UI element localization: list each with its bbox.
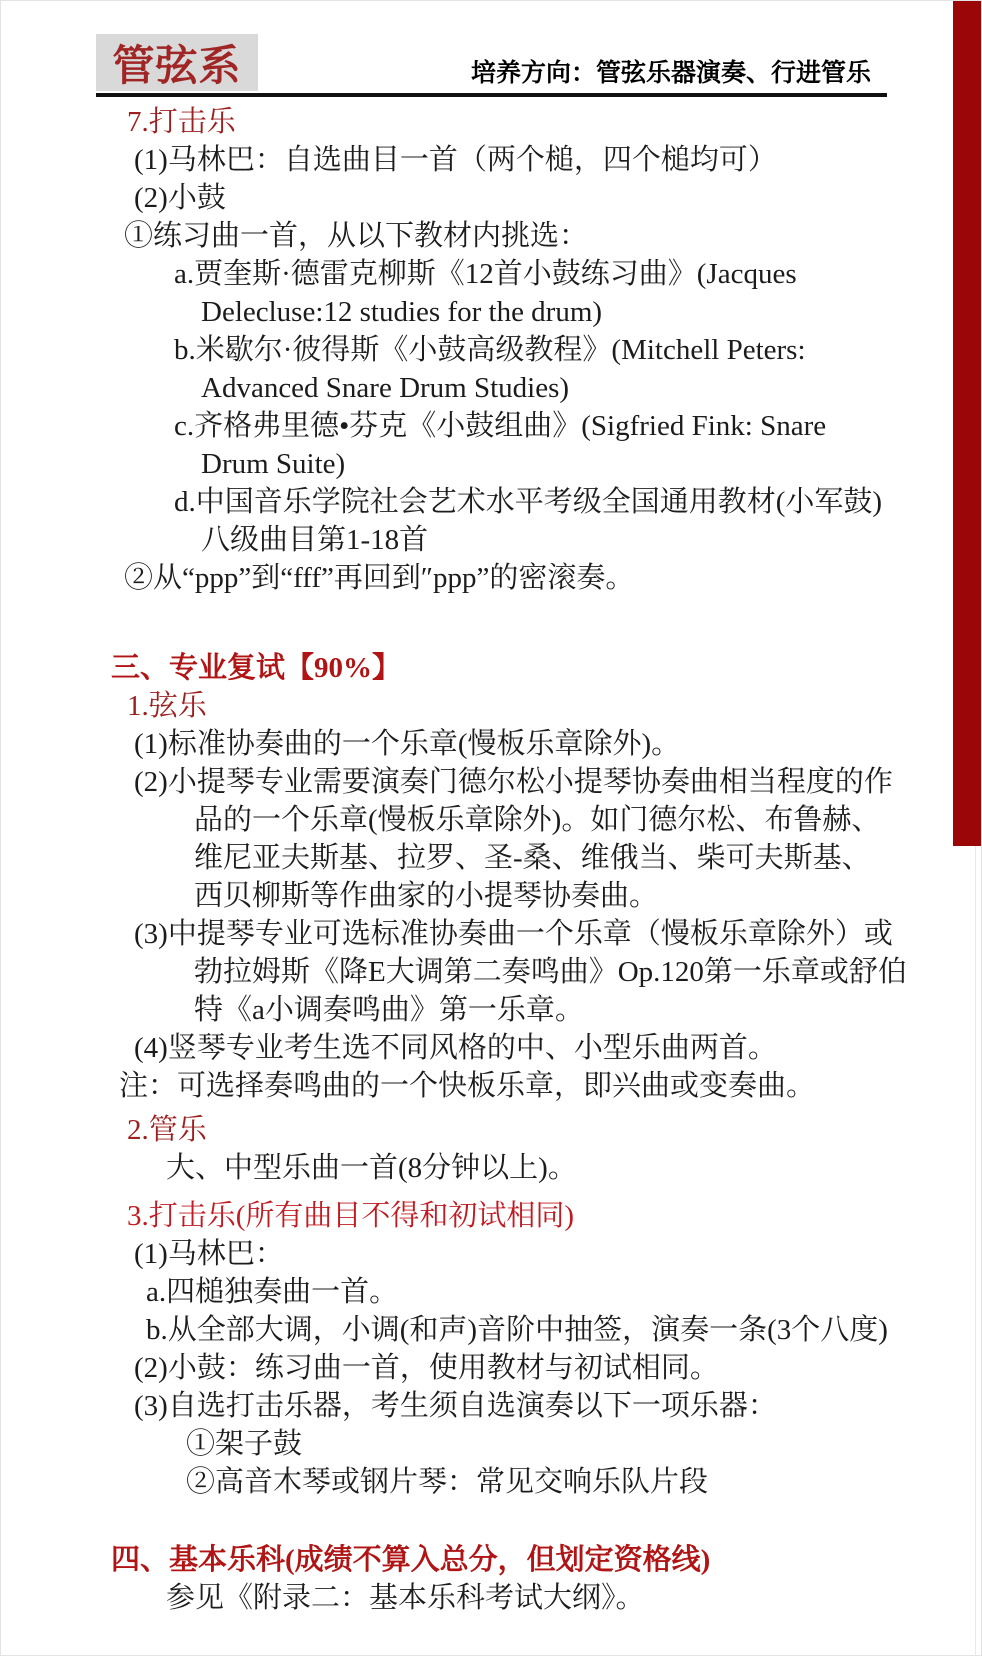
doc-line: (4)竖琴专业考生选不同风格的中、小型乐曲两首。 xyxy=(1,1029,981,1067)
heading-3-percussion: 3.打击乐(所有曲目不得和初试相同) xyxy=(1,1197,981,1235)
heading-1-strings: 1.弦乐 xyxy=(1,687,981,725)
doc-line: 大、中型乐曲一首(8分钟以上)。 xyxy=(1,1149,981,1187)
doc-line: 品的一个乐章(慢板乐章除外)。如门德尔松、布鲁赫、 xyxy=(1,801,981,839)
doc-line: Delecluse:12 studies for the drum) xyxy=(1,293,981,331)
doc-line: d.中国音乐学院社会艺术水平考级全国通用教材(小军鼓) xyxy=(1,483,981,521)
training-direction: 培养方向：管弦乐器演奏、行进管乐 xyxy=(471,53,881,89)
doc-line: (2)小鼓：练习曲一首，使用教材与初试相同。 xyxy=(1,1349,981,1387)
doc-line: Advanced Snare Drum Studies) xyxy=(1,369,981,407)
doc-line: 维尼亚夫斯基、拉罗、圣-桑、维俄当、柴可夫斯基、 xyxy=(1,839,981,877)
header-rule xyxy=(96,93,887,97)
doc-line: 特《a小调奏鸣曲》第一乐章。 xyxy=(1,991,981,1029)
heading-section-3: 三、专业复试【90%】 xyxy=(1,649,981,687)
doc-line: b.从全部大调，小调(和声)音阶中抽签，演奏一条(3个八度) xyxy=(1,1311,981,1349)
department-title: 管弦系 xyxy=(112,33,241,93)
doc-note: 注：可选择奏鸣曲的一个快板乐章，即兴曲或变奏曲。 xyxy=(1,1067,981,1105)
doc-line: ②从“ppp”到“fff”再回到″ppp”的密滚奏。 xyxy=(1,559,981,597)
doc-line: (2)小提琴专业需要演奏门德尔松小提琴协奏曲相当程度的作 xyxy=(1,763,981,801)
heading-2-winds: 2.管乐 xyxy=(1,1111,981,1149)
document-body: 7.打击乐 (1)马林巴：自选曲目一首（两个槌，四个槌均可） (2)小鼓 ①练习… xyxy=(1,103,981,1617)
doc-line: (1)马林巴：自选曲目一首（两个槌，四个槌均可） xyxy=(1,141,981,179)
department-title-box: 管弦系 xyxy=(96,34,258,91)
doc-line: a.贾奎斯·德雷克柳斯《12首小鼓练习曲》(Jacques xyxy=(1,255,981,293)
doc-line: 八级曲目第1-18首 xyxy=(1,521,981,559)
doc-line: ②高音木琴或钢片琴：常见交响乐队片段 xyxy=(1,1463,981,1501)
doc-line: 勃拉姆斯《降E大调第二奏鸣曲》Op.120第一乐章或舒伯 xyxy=(1,953,981,991)
doc-line: (2)小鼓 xyxy=(1,179,981,217)
doc-line: b.米歇尔·彼得斯《小鼓高级教程》(Mitchell Peters: xyxy=(1,331,981,369)
doc-line: a.四槌独奏曲一首。 xyxy=(1,1273,981,1311)
doc-line: 参见《附录二：基本乐科考试大纲》。 xyxy=(1,1579,981,1617)
doc-line: (3)自选打击乐器，考生须自选演奏以下一项乐器： xyxy=(1,1387,981,1425)
doc-line: (1)马林巴： xyxy=(1,1235,981,1273)
doc-line: c.齐格弗里德•芬克《小鼓组曲》(Sigfried Fink: Snare xyxy=(1,407,981,445)
doc-line: ①练习曲一首，从以下教材内挑选： xyxy=(1,217,981,255)
doc-line: (3)中提琴专业可选标准协奏曲一个乐章（慢板乐章除外）或 xyxy=(1,915,981,953)
doc-line: (1)标准协奏曲的一个乐章(慢板乐章除外)。 xyxy=(1,725,981,763)
doc-line: 西贝柳斯等作曲家的小提琴协奏曲。 xyxy=(1,877,981,915)
heading-7-percussion: 7.打击乐 xyxy=(1,103,981,141)
doc-line: Drum Suite) xyxy=(1,445,981,483)
doc-line: ①架子鼓 xyxy=(1,1425,981,1463)
page: 管弦系 培养方向：管弦乐器演奏、行进管乐 7.打击乐 (1)马林巴：自选曲目一首… xyxy=(0,0,982,1656)
heading-section-4: 四、基本乐科(成绩不算入总分，但划定资格线) xyxy=(1,1541,981,1579)
